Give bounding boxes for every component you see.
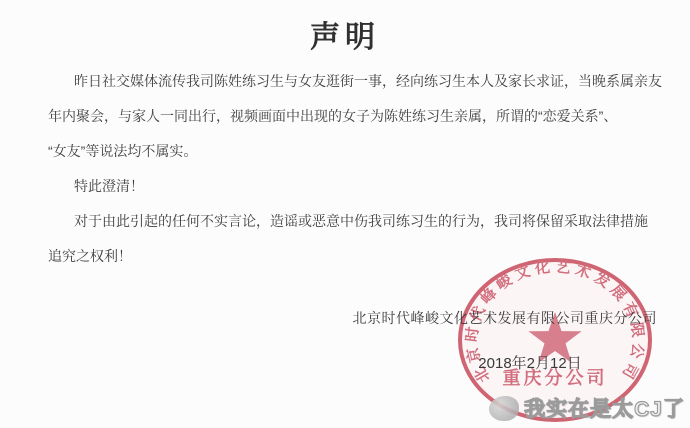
- body-line: 年内聚会，与家人一同出行，视频画面中出现的女子为陈姓练习生亲属，所谓的“恋爱关系…: [48, 99, 688, 134]
- signature-date: 2018年2月12日: [430, 352, 630, 373]
- document-title: 声明: [0, 12, 690, 56]
- document-body: 昨日社交媒体流传我司陈姓练习生与女友逛街一事，经向练习生本人及家长求证，当晚系属…: [48, 64, 688, 274]
- watermark: 我实在是太CJ了: [489, 393, 685, 423]
- watermark-text: 我实在是太CJ了: [524, 393, 685, 423]
- body-line: 昨日社交媒体流传我司陈姓练习生与女友逛街一事，经向练习生本人及家长求证，当晚系属…: [48, 64, 688, 99]
- mascot-blob-icon: [489, 396, 519, 421]
- body-line: 特此澄清！: [48, 169, 688, 204]
- statement-document: 声明 昨日社交媒体流传我司陈姓练习生与女友逛街一事，经向练习生本人及家长求证，当…: [0, 0, 690, 428]
- body-line: 对于由此引起的任何不实言论，造谣或恶意中伤我司练习生的行为，我司将保留采取法律措…: [48, 204, 688, 239]
- signature-company-name: 北京时代峰峻文化艺术发展有限公司重庆分公司: [353, 308, 658, 328]
- body-line: “女友”等说法均不属实。: [48, 134, 688, 169]
